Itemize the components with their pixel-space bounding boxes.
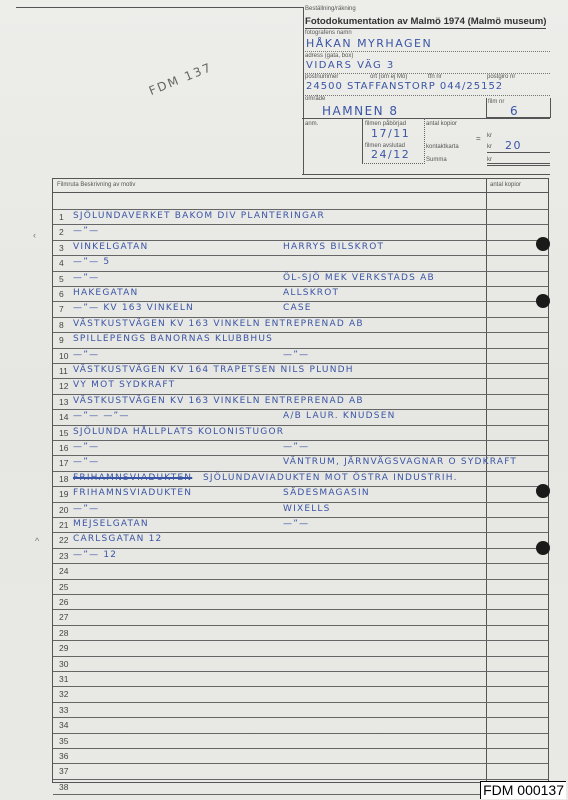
area-label: område bbox=[305, 96, 325, 102]
motif-description-secondary: Wixells bbox=[283, 504, 331, 514]
table-row: 7 —”— Kv 163 Vinkeln Case bbox=[53, 302, 548, 317]
frame-number: 15 bbox=[59, 428, 68, 438]
divider bbox=[302, 118, 550, 119]
frame-number: 32 bbox=[59, 689, 68, 699]
motif-description: Västkustvägen Kv 164 Trapetsen Nils Plun… bbox=[73, 365, 354, 375]
table-row: 30 bbox=[53, 657, 548, 672]
motif-description: —”— bbox=[73, 442, 99, 452]
motif-description-secondary: —”— bbox=[283, 442, 309, 452]
punch-hole bbox=[536, 294, 550, 308]
frame-number: 7 bbox=[59, 304, 64, 314]
kr-label: kr bbox=[487, 133, 492, 139]
table-row: 34 bbox=[53, 718, 548, 733]
table-header: Filmruta Beskrivning av motiv antal kopi… bbox=[53, 179, 548, 193]
frame-number: 30 bbox=[59, 659, 68, 669]
frame-number: 26 bbox=[59, 597, 68, 607]
contact-sheet-value: 20 bbox=[505, 139, 522, 152]
copies-label: antal kopior bbox=[426, 121, 457, 127]
motif-description-secondary: Väntrum, järnvägsvagnar o Sydkraft bbox=[283, 457, 517, 467]
table-row-blank bbox=[53, 193, 548, 210]
equals-sign: = bbox=[476, 134, 481, 143]
photographer-label: fotografens namn bbox=[305, 30, 352, 36]
table-row: 22Carlsgatan 12 bbox=[53, 533, 548, 548]
film-no-label: film nr bbox=[488, 99, 504, 105]
table-row: 31 bbox=[53, 672, 548, 687]
divider bbox=[305, 51, 550, 52]
motif-description: Västkustvägen Kv 163 Vinkeln Entreprenad… bbox=[73, 319, 364, 329]
table-row: 16 —”——”— bbox=[53, 441, 548, 456]
punch-hole bbox=[536, 541, 550, 555]
kr-label: kr bbox=[487, 144, 492, 150]
motif-description-secondary: Öl-Sjö mek verkstads AB bbox=[283, 273, 435, 283]
remark-label: anm. bbox=[305, 121, 318, 127]
frame-number: 8 bbox=[59, 320, 64, 330]
form-title: Fotodokumentation av Malmö 1974 (Malmö m… bbox=[305, 16, 546, 29]
motif-description: —”— 5 bbox=[73, 257, 110, 267]
table-row: 25 bbox=[53, 580, 548, 595]
frame-number: 21 bbox=[59, 520, 68, 530]
frame-number: 11 bbox=[59, 366, 68, 376]
motif-description: Spillepengs banornas klubbhus bbox=[73, 334, 273, 344]
description-column-header: Filmruta Beskrivning av motiv bbox=[57, 182, 135, 188]
motif-description: Sjölundaverket bakom div planteringar bbox=[73, 211, 325, 221]
address-label: adress (gata, box) bbox=[305, 53, 353, 59]
table-row: 29 bbox=[53, 641, 548, 656]
divider bbox=[487, 152, 550, 153]
frame-number: 19 bbox=[59, 489, 68, 499]
table-row: 9Spillepengs banornas klubbhus bbox=[53, 333, 548, 348]
staple-mark: ^ bbox=[35, 536, 39, 546]
frame-number: 12 bbox=[59, 381, 68, 391]
order-label: Beställning/räkning bbox=[305, 6, 356, 12]
table-row: 38 bbox=[53, 780, 548, 795]
address-value: Vidars väg 3 bbox=[306, 60, 395, 71]
frame-number: 6 bbox=[59, 289, 64, 299]
divider bbox=[305, 95, 550, 96]
frame-number: 25 bbox=[59, 582, 68, 592]
frame-number: 35 bbox=[59, 736, 68, 746]
frame-number: 2 bbox=[59, 227, 64, 237]
divider bbox=[302, 174, 550, 175]
archive-stamp: FDM 000137 bbox=[480, 781, 566, 799]
table-row: 35 bbox=[53, 734, 548, 749]
table-row: 14 —”— —”— A/B Laur. Knudsen bbox=[53, 410, 548, 425]
motif-description: Mejselgatan bbox=[73, 519, 149, 529]
frame-number: 4 bbox=[59, 258, 64, 268]
frame-number: 33 bbox=[59, 705, 68, 715]
film-no-value: 6 bbox=[510, 104, 519, 118]
motif-description: —”— bbox=[73, 226, 99, 236]
motif-description-secondary: —”— bbox=[283, 519, 309, 529]
copies-column-header: antal kopior bbox=[490, 182, 521, 188]
frame-number: 37 bbox=[59, 766, 68, 776]
city-label: ort (om ej Mö) bbox=[370, 74, 407, 80]
frame-number: 27 bbox=[59, 612, 68, 622]
frame-number: 16 bbox=[59, 443, 68, 453]
frame-number: 29 bbox=[59, 643, 68, 653]
table-row: 15Sjölunda hållplats Kolonistugor bbox=[53, 426, 548, 441]
frame-number: 31 bbox=[59, 674, 68, 684]
started-value: 17/11 bbox=[371, 127, 410, 140]
motif-description-secondary: Sädesmagasin bbox=[283, 488, 370, 498]
table-row: 17 —”—Väntrum, järnvägsvagnar o Sydkraft bbox=[53, 456, 548, 471]
table-row: 27 bbox=[53, 610, 548, 625]
table-row: 19FrihamnsviaduktenSädesmagasin bbox=[53, 487, 548, 502]
form-page: FDM 137 Beställning/räkning Fotodokument… bbox=[0, 0, 568, 800]
table-row: 36 bbox=[53, 749, 548, 764]
table-row: 12Vy mot Sydkraft bbox=[53, 379, 548, 394]
motif-description: —”— Kv 163 Vinkeln bbox=[73, 303, 194, 313]
motif-description: —”— bbox=[73, 457, 99, 467]
contact-sheet-label: kontaktkarta bbox=[426, 144, 459, 150]
frame-number: 34 bbox=[59, 720, 68, 730]
table-row: 21Mejselgatan—”— bbox=[53, 518, 548, 533]
table-row: 2 —”— bbox=[53, 225, 548, 240]
table-row: 10 —”——”— bbox=[53, 349, 548, 364]
table-row: 3VinkelgatanHarrys bilskrot bbox=[53, 241, 548, 256]
table-row: 23 —”— 12 bbox=[53, 549, 548, 564]
frame-number: 23 bbox=[59, 551, 68, 561]
punch-hole bbox=[536, 484, 550, 498]
frame-number: 17 bbox=[59, 458, 68, 468]
table-row: 4 —”— 5 bbox=[53, 256, 548, 271]
area-value: Hamnen 8 bbox=[322, 104, 399, 118]
frame-number: 20 bbox=[59, 505, 68, 515]
divider bbox=[487, 165, 550, 166]
table-row: 11Västkustvägen Kv 164 Trapetsen Nils Pl… bbox=[53, 364, 548, 379]
motif-description: Carlsgatan 12 bbox=[73, 534, 162, 544]
table-row: 13Västkustvägen Kv 163 Vinkeln Entrepren… bbox=[53, 395, 548, 410]
frame-number: 36 bbox=[59, 751, 68, 761]
motif-description: —”— bbox=[73, 350, 99, 360]
table-row: 26 bbox=[53, 595, 548, 610]
table-row: 20 —”—Wixells bbox=[53, 503, 548, 518]
motif-description-secondary: Sjölundaviadukten mot östra industrih. bbox=[203, 473, 458, 483]
motif-description-secondary: Harrys bilskrot bbox=[283, 242, 384, 252]
motif-description: Vy mot Sydkraft bbox=[73, 380, 175, 390]
frame-number: 3 bbox=[59, 243, 64, 253]
postal-line-value: 24500 Staffanstorp 044/25152 bbox=[306, 81, 503, 92]
frame-number: 28 bbox=[59, 628, 68, 638]
frame-number: 24 bbox=[59, 566, 68, 576]
frame-number: 22 bbox=[59, 535, 68, 545]
table-row: 28 bbox=[53, 626, 548, 641]
motif-description: Västkustvägen Kv 163 Vinkeln Entreprenad… bbox=[73, 396, 364, 406]
motif-description: —”— bbox=[73, 273, 99, 283]
table-row: 18FrihamnsviaduktenSjölundaviadukten mot… bbox=[53, 472, 548, 487]
motif-description: Hakegatan bbox=[73, 288, 138, 298]
motif-description: —”— —”— bbox=[73, 411, 130, 421]
table-row: 24 bbox=[53, 564, 548, 579]
table-row: 1Sjölundaverket bakom div planteringar bbox=[53, 210, 548, 225]
frame-number: 13 bbox=[59, 397, 68, 407]
motif-description: —”— bbox=[73, 504, 99, 514]
postal-code-label: postnummer bbox=[305, 74, 338, 80]
motif-description: Vinkelgatan bbox=[73, 242, 148, 252]
motif-table: Filmruta Beskrivning av motiv antal kopi… bbox=[52, 178, 549, 783]
frame-number: 18 bbox=[59, 474, 68, 484]
finished-value: 24/12 bbox=[371, 148, 410, 161]
motif-description: Frihamnsviadukten bbox=[73, 473, 192, 483]
table-row: 33 bbox=[53, 703, 548, 718]
sum-label: Summa bbox=[426, 157, 447, 163]
table-row: 32 bbox=[53, 687, 548, 702]
divider bbox=[487, 163, 550, 164]
table-row: 37 bbox=[53, 764, 548, 779]
table-row: 6HakegatanAllskrot bbox=[53, 287, 548, 302]
frame-number: 5 bbox=[59, 274, 64, 284]
photographer-value: Håkan Myrhagen bbox=[306, 37, 432, 50]
motif-description-secondary: A/B Laur. Knudsen bbox=[283, 411, 396, 421]
frame-number: 1 bbox=[59, 212, 64, 222]
motif-description-secondary: Case bbox=[283, 303, 312, 313]
motif-description-secondary: Allskrot bbox=[283, 288, 339, 298]
motif-description: —”— 12 bbox=[73, 550, 117, 560]
frame-number: 9 bbox=[59, 335, 64, 345]
staple-mark: ‹ bbox=[33, 230, 36, 240]
motif-description: Sjölunda hållplats Kolonistugor bbox=[73, 427, 284, 437]
frame-number: 38 bbox=[59, 782, 68, 792]
frame-number: 14 bbox=[59, 412, 68, 422]
table-row: 8Västkustvägen Kv 163 Vinkeln Entreprena… bbox=[53, 318, 548, 333]
phone-label: tfn nr bbox=[428, 74, 442, 80]
frame-number: 10 bbox=[59, 351, 68, 361]
punch-hole bbox=[536, 237, 550, 251]
motif-description: Frihamnsviadukten bbox=[73, 488, 192, 498]
motif-description-secondary: —”— bbox=[283, 350, 309, 360]
table-row: 5 —”—Öl-Sjö mek verkstads AB bbox=[53, 272, 548, 287]
giro-label: postgiro nr bbox=[487, 74, 515, 80]
